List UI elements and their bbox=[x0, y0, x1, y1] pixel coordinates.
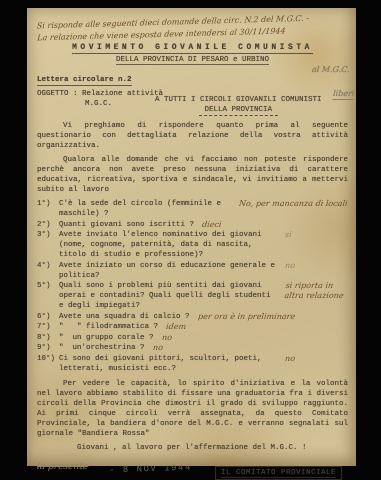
recipient-block: A TUTTI I CIRCOLI GIOVANILI COMUNISTI DE… bbox=[155, 95, 322, 116]
paragraph-1: Vi preghiamo di rispondere quanto prima … bbox=[37, 121, 348, 151]
question-text: Avete una squadra di calcio ? bbox=[59, 312, 190, 322]
question-row: 4°) Avete iniziato un corso di educazion… bbox=[37, 261, 348, 281]
question-row: 1°) C'è la sede del circolo (femminile e… bbox=[37, 199, 348, 219]
question-text: Quanti giovani sono iscritti ? bbox=[59, 220, 194, 230]
paragraph-2: Qualora alle domande che vi facciamo non… bbox=[37, 155, 348, 195]
org-subtitle: DELLA PROVINCIA DI PESARO e URBINO al M.… bbox=[37, 55, 348, 65]
question-row: 5°) Quali sono i problemi più sentiti da… bbox=[37, 281, 348, 311]
document-paper: Si risponde alle seguenti dieci domande … bbox=[27, 8, 356, 466]
question-row: 9°) " un'orchestrina ? no bbox=[37, 343, 348, 353]
question-text: " " filodrammatica ? bbox=[59, 322, 158, 332]
question-row: 10°) Ci sono dei giovani pittori, sculto… bbox=[37, 354, 348, 374]
handwritten-answer: no bbox=[161, 333, 172, 343]
handwritten-answer: No, per mancanza di locali bbox=[239, 199, 349, 209]
question-number: 5°) bbox=[37, 281, 59, 291]
question-number: 6°) bbox=[37, 312, 59, 322]
question-number: 2°) bbox=[37, 220, 59, 230]
question-number: 1°) bbox=[37, 199, 59, 209]
letter-reference: Lettera circolare n.2 bbox=[37, 75, 132, 86]
question-number: 10°) bbox=[37, 354, 59, 364]
handwritten-answer: no bbox=[284, 261, 295, 271]
question-row: 6°) Avete una squadra di calcio ? per or… bbox=[37, 312, 348, 322]
question-row: 2°) Quanti giovani sono iscritti ? dieci bbox=[37, 220, 348, 230]
handwritten-answer: per ora è in preliminare bbox=[197, 312, 295, 322]
handwritten-answer: si riporta in altra relazione bbox=[284, 281, 349, 301]
handwritten-answer: si bbox=[284, 230, 292, 240]
question-number: 8°) bbox=[37, 333, 59, 343]
recipient-line2: DELLA PROVINCIA bbox=[199, 105, 279, 116]
question-row: 8°) " un gruppo corale ? no bbox=[37, 333, 348, 343]
pencil-note-bottom: la presente bbox=[36, 462, 88, 472]
handwritten-top-notes: Si risponde alle seguenti dieci domande … bbox=[37, 12, 349, 45]
question-number: 7°) bbox=[37, 322, 59, 332]
question-row: 3°) Avete inviato l'elenco nominativo de… bbox=[37, 230, 348, 260]
org-title-text: MOVIMENTO GIOVANILE COMUNISTA bbox=[72, 43, 313, 54]
question-text: Avete iniziato un corso di educazione ge… bbox=[59, 261, 277, 281]
question-row: 7°) " " filodrammatica ? idem bbox=[37, 322, 348, 332]
handwritten-answer: dieci bbox=[202, 220, 223, 230]
handwritten-answer: no bbox=[152, 343, 163, 353]
question-text: Avete inviato l'elenco nominativo dei gi… bbox=[59, 230, 277, 260]
org-title: MOVIMENTO GIOVANILE COMUNISTA bbox=[37, 43, 348, 53]
pencil-note-al-mgc: al M.G.C. bbox=[312, 65, 351, 75]
question-text: Quali sono i problemi più sentiti dai gi… bbox=[59, 281, 277, 311]
slogan-line: Giovani , al lavoro per l'affermazione d… bbox=[37, 443, 348, 453]
question-text: " un'orchestrina ? bbox=[59, 343, 145, 353]
scan-photo-background: Si risponde alle seguenti dieci domande … bbox=[0, 0, 381, 480]
question-number: 4°) bbox=[37, 261, 59, 271]
org-subtitle-text: DELLA PROVINCIA DI PESARO e URBINO bbox=[116, 56, 269, 65]
handwritten-answer: no bbox=[284, 354, 295, 364]
recipient-line1: A TUTTI I CIRCOLI GIOVANILI COMUNISTI bbox=[155, 95, 322, 105]
bottom-row: la presente - 8 NOV 1944 IL COMITATO PRO… bbox=[37, 456, 348, 480]
question-text: C'è la sede del circolo (femminile e mas… bbox=[59, 199, 231, 219]
signature-block: IL COMITATO PROVINCIALE bbox=[215, 466, 342, 480]
question-number: 9°) bbox=[37, 343, 59, 353]
question-text: Ci sono dei giovani pittori, scultori, p… bbox=[59, 354, 277, 374]
question-text: " un gruppo corale ? bbox=[59, 333, 154, 343]
reference-block: Lettera circolare n.2 OGGETTO : Relazion… bbox=[37, 75, 348, 117]
date-stamp: - 8 NOV 1944 bbox=[109, 462, 192, 475]
questionnaire-list: 1°) C'è la sede del circolo (femminile e… bbox=[37, 199, 348, 374]
signature-text: IL COMITATO PROVINCIALE bbox=[221, 469, 336, 478]
handwritten-answer: idem bbox=[166, 322, 187, 332]
closing-paragraph: Per vedere le capacità, lo spirito d'ini… bbox=[37, 379, 348, 439]
question-number: 3°) bbox=[37, 230, 59, 240]
